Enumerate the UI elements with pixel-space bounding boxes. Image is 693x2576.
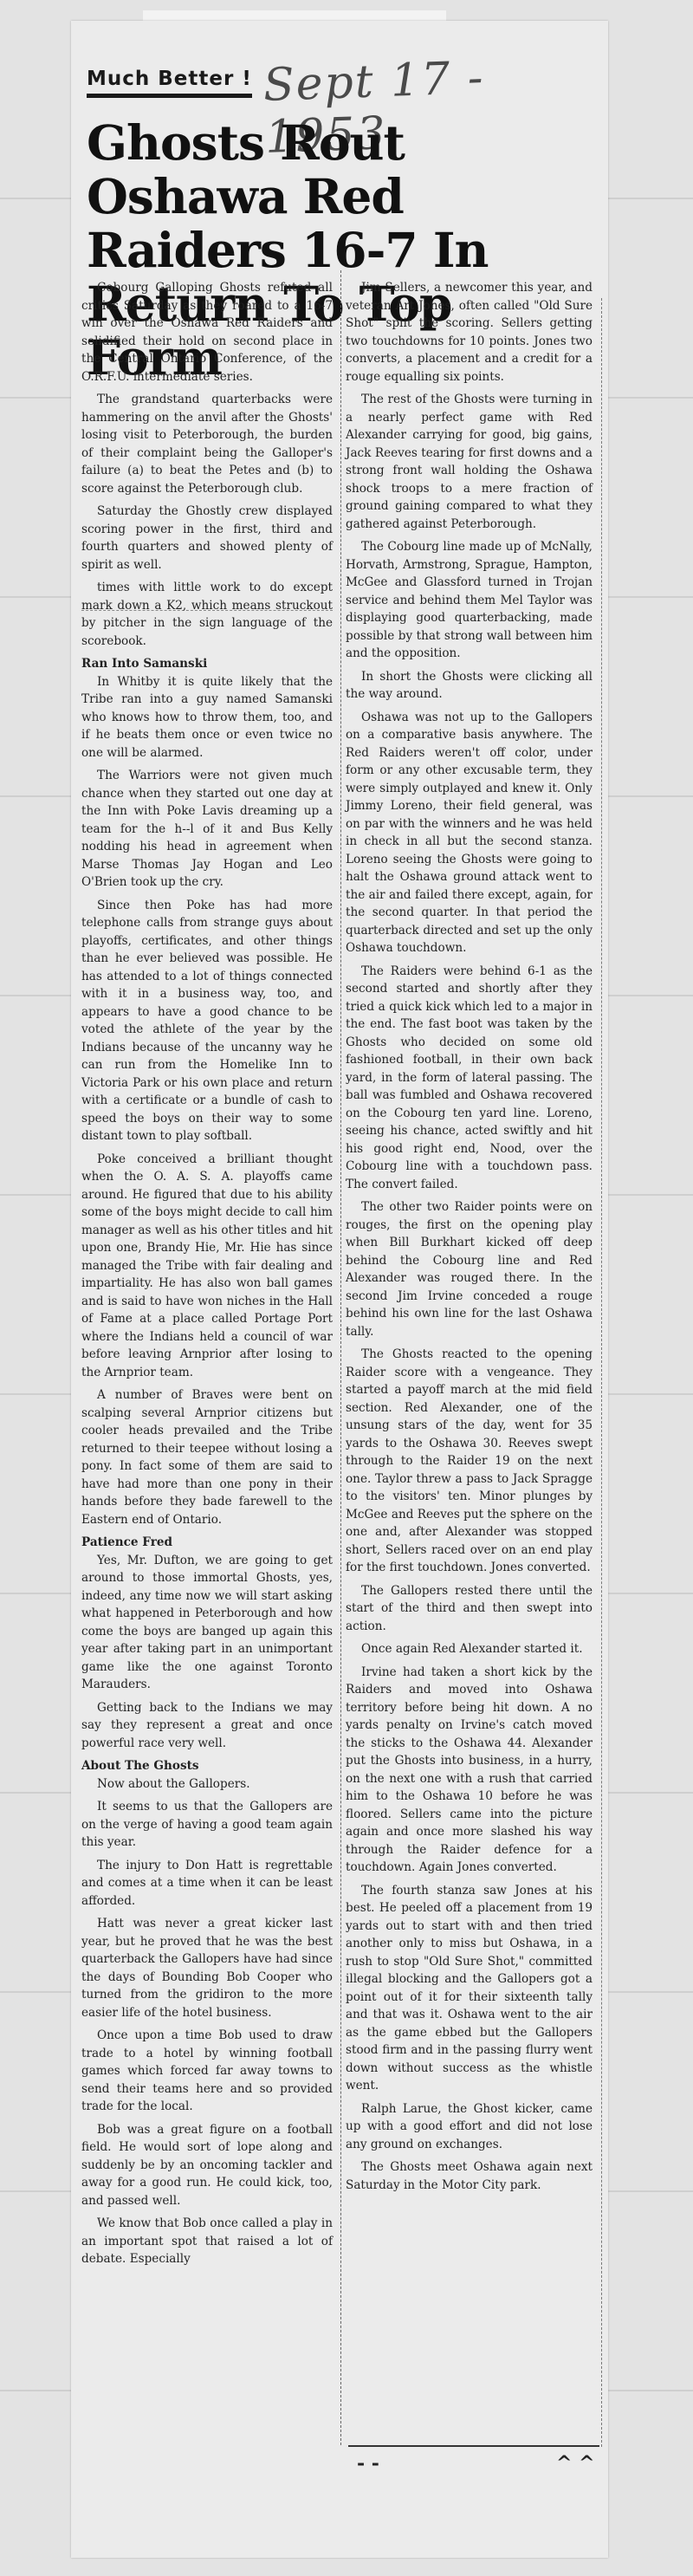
paragraph: Poke conceived a brilliant thought when … — [81, 1151, 333, 1382]
paragraph: The injury to Don Hatt is regrettable an… — [81, 1857, 333, 1911]
paragraph: Irvine had taken a short kick by the Rai… — [346, 1664, 593, 1877]
paragraph: The Gallopers rested there until the sta… — [346, 1582, 593, 1636]
column-subhead: Patience Fred — [81, 1534, 333, 1552]
newspaper-clipping: Much Better ! Sept 17 - 1953 Ghosts Rout… — [71, 21, 608, 2558]
paragraph: Once upon a time Bob used to draw trade … — [81, 2027, 333, 2116]
left-column: Cobourg Galloping Ghosts refuted all cri… — [81, 279, 333, 2274]
column-subhead: About The Ghosts — [81, 1757, 333, 1775]
paragraph: The Cobourg line made up of McNally, Hor… — [346, 538, 593, 663]
paragraph: Bob was a great figure on a football fie… — [81, 2121, 333, 2210]
kicker-label: Much Better ! — [87, 68, 252, 98]
column-rule — [340, 270, 341, 2445]
paragraph: The Ghosts reacted to the opening Raider… — [346, 1346, 593, 1577]
paragraph: In short the Ghosts were clicking all th… — [346, 668, 593, 704]
paragraph: The rest of the Ghosts were turning in a… — [346, 391, 593, 533]
paragraph: The grandstand quarterbacks were hammeri… — [81, 391, 333, 497]
paragraph: Once again Red Alexander started it. — [346, 1640, 593, 1658]
paragraph: Cobourg Galloping Ghosts refuted all cri… — [81, 279, 333, 386]
column-subhead: Ran Into Samanski — [81, 655, 333, 673]
paragraph: A number of Braves were bent on scalping… — [81, 1386, 333, 1528]
paragraph: The other two Raider points were on roug… — [346, 1198, 593, 1340]
next-article-fragment-right: ^ ^ — [556, 2452, 595, 2475]
paragraph: Oshawa was not up to the Gallopers on a … — [346, 709, 593, 957]
paragraph: The fourth stanza saw Jones at his best.… — [346, 1882, 593, 2095]
clipping-edge-rule — [601, 298, 602, 2447]
article-end-rule — [348, 2445, 599, 2447]
paragraph: Since then Poke has had more telephone c… — [81, 897, 333, 1145]
right-column: Jim Sellers, a newcomer this year, and v… — [346, 279, 593, 2199]
paragraph: The Ghosts meet Oshawa again next Saturd… — [346, 2158, 593, 2194]
paragraph: Hatt was never a great kicker last year,… — [81, 1915, 333, 2021]
paragraph: Ralph Larue, the Ghost kicker, came up w… — [346, 2100, 593, 2154]
paragraph: Jim Sellers, a newcomer this year, and v… — [346, 279, 593, 386]
paragraph: Yes, Mr. Dufton, we are going to get aro… — [81, 1552, 333, 1694]
paragraph: The Warriors were not given much chance … — [81, 767, 333, 892]
paragraph: Saturday the Ghostly crew displayed scor… — [81, 503, 333, 574]
paragraph: Now about the Gallopers. — [81, 1775, 333, 1794]
paragraph: times with little work to do except mark… — [81, 579, 333, 650]
paragraph: Getting back to the Indians we may say t… — [81, 1699, 333, 1753]
paragraph: In Whitby it is quite likely that the Tr… — [81, 673, 333, 762]
paragraph: The Raiders were behind 6-1 as the secon… — [346, 963, 593, 1194]
paragraph: It seems to us that the Gallopers are on… — [81, 1798, 333, 1852]
kicker-row: Much Better ! Sept 17 - 1953 — [87, 54, 606, 114]
next-article-fragment-left: - - — [357, 2452, 379, 2475]
paragraph: We know that Bob once called a play in a… — [81, 2215, 333, 2268]
